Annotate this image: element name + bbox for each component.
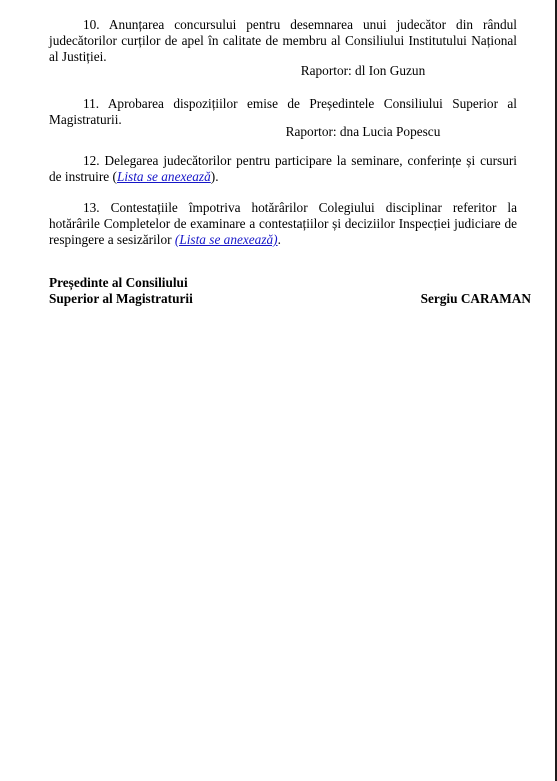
annex-link[interactable]: Lista se anexează bbox=[117, 169, 211, 184]
item-number: 13. bbox=[83, 200, 100, 215]
signatory-name: Sergiu CARAMAN bbox=[421, 291, 531, 307]
item-text: Anunțarea concursului pentru desemnarea … bbox=[49, 17, 517, 64]
reporter-item-11: Raportor: dna Lucia Popescu bbox=[49, 124, 517, 140]
agenda-item-12: 12. Delegarea judecătorilor pentru parti… bbox=[49, 153, 517, 185]
item-number: 10. bbox=[83, 17, 100, 32]
reporter-item-10: Raportor: dl Ion Guzun bbox=[49, 63, 517, 79]
item-number: 11. bbox=[83, 96, 99, 111]
item-text: Aprobarea dispozițiilor emise de Președi… bbox=[49, 96, 517, 127]
item-text-before: Contestațiile împotriva hotărârilor Cole… bbox=[49, 200, 517, 247]
annex-link[interactable]: (Lista se anexează) bbox=[175, 232, 278, 247]
signatory-title-line2: Superior al Magistraturii bbox=[49, 291, 193, 307]
item-text-after: ). bbox=[211, 169, 219, 184]
signatory-title-line1: Președinte al Consiliului bbox=[49, 275, 193, 291]
item-number: 12. bbox=[83, 153, 100, 168]
agenda-item-13: 13. Contestațiile împotriva hotărârilor … bbox=[49, 200, 517, 248]
item-text-after: . bbox=[278, 232, 281, 247]
agenda-item-10: 10. Anunțarea concursului pentru desemna… bbox=[49, 17, 517, 65]
signatory-title: Președinte al Consiliului Superior al Ma… bbox=[49, 275, 193, 307]
